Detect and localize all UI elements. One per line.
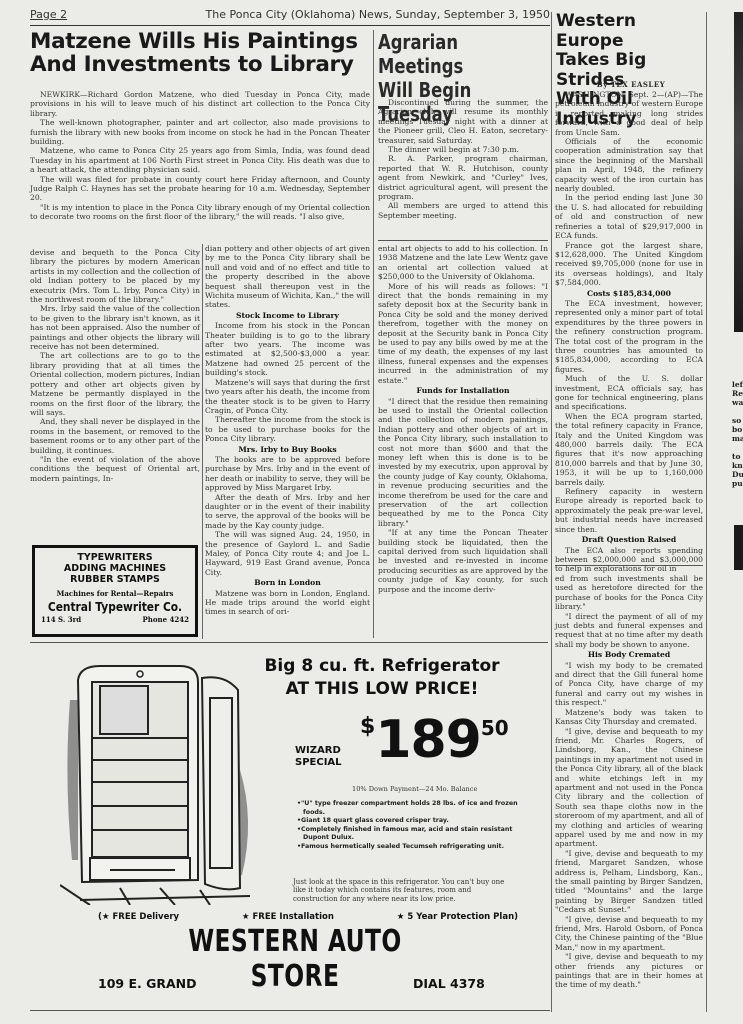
feature-list: "U" type freezer compartment holds 28 lb… <box>295 800 520 852</box>
paragraph: "It is my intention to place in the Ponc… <box>30 203 370 222</box>
matzene-headline-line-1: Matzene Wills His Paintings <box>30 30 370 53</box>
column-divider <box>706 12 707 1012</box>
matzene-column-b: dian pottery and other objects of art gi… <box>205 244 370 617</box>
paragraph: "I direct that the residue then remainin… <box>378 397 548 529</box>
paragraph: Officials of the economic cooperation ad… <box>555 137 703 193</box>
paragraph: NEWKIRK—Richard Gordon Matzene, who died… <box>30 90 370 118</box>
price-cents: 50 <box>481 716 509 740</box>
paragraph: "In the event of violation of the above … <box>30 455 200 483</box>
photo-fragment <box>734 525 743 570</box>
matzene-headline-line-2: And Investments to Library <box>30 53 370 76</box>
model-name: WIZARD SPECIAL <box>295 745 342 769</box>
paragraph: dian pottery and other objects of art gi… <box>205 244 370 310</box>
paragraph: The well-known photographer, painter and… <box>30 118 370 146</box>
paragraph: In the period ending last June 30 the U.… <box>555 193 703 240</box>
feature-item: Famous hermetically sealed Tecumseh refr… <box>295 843 520 852</box>
store-address: 109 E. GRAND <box>98 976 196 991</box>
edge-line: wa <box>732 398 743 407</box>
matzene-column-a: devise and bequeth to the Ponca City lib… <box>30 248 200 483</box>
price: $18950 <box>360 710 509 770</box>
paragraph: After the death of Mrs. Irby and her dau… <box>205 493 370 531</box>
paragraph: The books are to be approved before purc… <box>205 455 370 493</box>
store-name: WESTERN AUTO STORE <box>174 924 416 994</box>
price-dollar-sign: $ <box>360 714 375 739</box>
feature-item: Giant 18 quart glass covered crisper tra… <box>295 817 520 826</box>
paragraph: "I give, devise and bequeath to my frien… <box>555 915 703 953</box>
paragraph: France got the largest share, $12,628,00… <box>555 241 703 288</box>
column-divider <box>551 12 552 1012</box>
matzene-column-c: ental art objects to add to his collecti… <box>378 244 548 594</box>
paragraph: Matzene's body was taken to Kansas City … <box>555 708 703 727</box>
paragraph: "I give, devise and bequeath to my frien… <box>555 727 703 849</box>
paragraph: WASHINGTON, Sept. 2—(AP)—The petroleum i… <box>555 90 703 137</box>
story-divider <box>378 240 548 241</box>
paragraph: Thereafter the income from the stock is … <box>205 415 370 443</box>
ad-line: ADDING MACHINES <box>35 563 195 574</box>
paragraph: Matzene's will says that during the firs… <box>205 378 370 416</box>
matzene-lead: NEWKIRK—Richard Gordon Matzene, who died… <box>30 90 370 222</box>
ad-divider <box>30 642 548 643</box>
typewriter-ad: TYPEWRITERS ADDING MACHINES RUBBER STAMP… <box>32 545 198 637</box>
paragraph: "I give, devise and bequeath to my other… <box>555 952 703 990</box>
ad-line: TYPEWRITERS <box>35 552 195 563</box>
column-divider <box>373 30 374 638</box>
bottom-rule <box>30 1010 550 1011</box>
matzene-headline: Matzene Wills His Paintings And Investme… <box>30 30 370 76</box>
subhead: Funds for Installation <box>378 386 548 395</box>
subhead: His Body Cremated <box>555 650 703 659</box>
price-whole: 189 <box>375 710 481 770</box>
fridge-ad-headline: Big 8 cu. ft. Refrigerator AT THIS LOW P… <box>262 655 502 701</box>
paragraph: ental art objects to add to his collecti… <box>378 244 548 282</box>
payment-terms: 10% Down Payment—24 Mo. Balance <box>352 785 477 793</box>
paragraph: The will was signed Aug. 24, 1950, in th… <box>205 530 370 577</box>
column-divider <box>202 244 203 639</box>
paragraph: "I wish my body to be cremated and direc… <box>555 661 703 708</box>
fridge-headline-line-2: AT THIS LOW PRICE! <box>262 678 502 701</box>
fridge-headline-line-1: Big 8 cu. ft. Refrigerator <box>262 655 502 678</box>
perk-installation: ★ FREE Installation <box>242 912 334 922</box>
ad-company: Central Typewriter Co. <box>47 599 183 614</box>
paragraph: devise and bequeth to the Ponca City lib… <box>30 248 200 304</box>
paragraph: ed from such investments shall be used a… <box>555 574 703 612</box>
refrigerator-illustration <box>60 660 285 905</box>
edge-line: Du <box>732 470 743 479</box>
feature-item: "U" type freezer compartment holds 28 lb… <box>295 800 520 817</box>
edge-line: so <box>732 416 743 425</box>
paragraph: Discontinued during the summer, the Agra… <box>378 98 548 145</box>
paragraph: The art collections are to go to the lib… <box>30 351 200 417</box>
paragraph: R. A. Parker, program chairman, reported… <box>378 154 548 201</box>
we-headline-line-1: Western Europe <box>556 12 706 51</box>
page-folio: Page 2 The Ponca City (Oklahoma) News, S… <box>30 6 550 26</box>
western-europe-body: WASHINGTON, Sept. 2—(AP)—The petroleum i… <box>555 90 703 574</box>
byline: By TEX EASLEY <box>556 80 706 89</box>
paragraph: "If at any time the Poncan Theater build… <box>378 528 548 594</box>
store-phone: DIAL 4378 <box>413 976 485 991</box>
photo-fragment <box>734 12 743 332</box>
perk-delivery: (★ FREE Delivery <box>98 912 179 922</box>
edge-line: bo <box>732 425 743 434</box>
model-line-2: SPECIAL <box>295 757 342 769</box>
paragraph: The ECA also reports spending between $2… <box>555 546 703 574</box>
subhead: Stock Income to Library <box>205 311 370 320</box>
paragraph: Refinery capacity in western Europe alre… <box>555 487 703 534</box>
paragraph: All members are urged to attend this Sep… <box>378 201 548 220</box>
paragraph: The ECA investment, however, represented… <box>555 299 703 374</box>
perks-row: (★ FREE Delivery ★ FREE Installation ★ 5… <box>98 912 518 922</box>
agrarian-body: Discontinued during the summer, the Agra… <box>378 98 548 220</box>
ad-line: RUBBER STAMPS <box>35 574 195 585</box>
perk-protection: ★ 5 Year Protection Plan) <box>397 912 518 922</box>
paragraph: Income from his stock in the Poncan Thea… <box>205 321 370 377</box>
subhead: Mrs. Irby to Buy Books <box>205 445 370 454</box>
edge-text-fragment: lef Re wa so bo ma to kn Du pu <box>732 380 743 488</box>
paragraph: "I direct the payment of all of my just … <box>555 612 703 650</box>
ad-contact: 114 S. 3rd Phone 4242 <box>35 614 195 624</box>
subhead: Born in London <box>205 578 370 587</box>
page-number: Page 2 <box>30 8 67 21</box>
space-note: Just look at the space in this refrigera… <box>293 878 511 903</box>
edge-line: kn <box>732 461 743 470</box>
edge-line: to <box>732 452 743 461</box>
edge-line: pu <box>732 479 743 488</box>
edge-line: lef <box>732 380 743 389</box>
paragraph: Mrs. Irby said the value of the collecti… <box>30 304 200 351</box>
model-line-1: WIZARD <box>295 745 342 757</box>
paragraph: And, they shall never be displayed in th… <box>30 417 200 455</box>
edge-line: ma <box>732 434 743 443</box>
paragraph: The dinner will begin at 7:30 p.m. <box>378 145 548 154</box>
dateline: The Ponca City (Oklahoma) News, Sunday, … <box>206 8 550 21</box>
ad-phone: Phone 4242 <box>143 615 189 624</box>
paragraph: Matzene, who came to Ponca City 25 years… <box>30 146 370 174</box>
feature-item: Completely finished in famous mar, acid … <box>295 826 520 843</box>
ad-address: 114 S. 3rd <box>41 615 81 624</box>
subhead: Draft Question Raised <box>555 535 703 544</box>
paragraph: More of his will reads as follows: "I di… <box>378 282 548 385</box>
matzene-column-d: ed from such investments shall be used a… <box>555 574 703 990</box>
paragraph: Much of the U. S. dollar investment, ECA… <box>555 374 703 412</box>
agrarian-headline-line-1: Agrarian Meetings <box>378 30 546 78</box>
paragraph: "I give, devise and bequeath to my frien… <box>555 849 703 915</box>
paragraph: When the ECA program started, the total … <box>555 412 703 487</box>
edge-line: Re <box>732 389 743 398</box>
paragraph: The will was filed for probate in county… <box>30 175 370 203</box>
subhead: Costs $185,834,000 <box>555 289 703 298</box>
ad-tagline: Machines for Rental—Repairs <box>35 589 195 598</box>
paragraph: Matzene was born in London, England. He … <box>205 589 370 617</box>
